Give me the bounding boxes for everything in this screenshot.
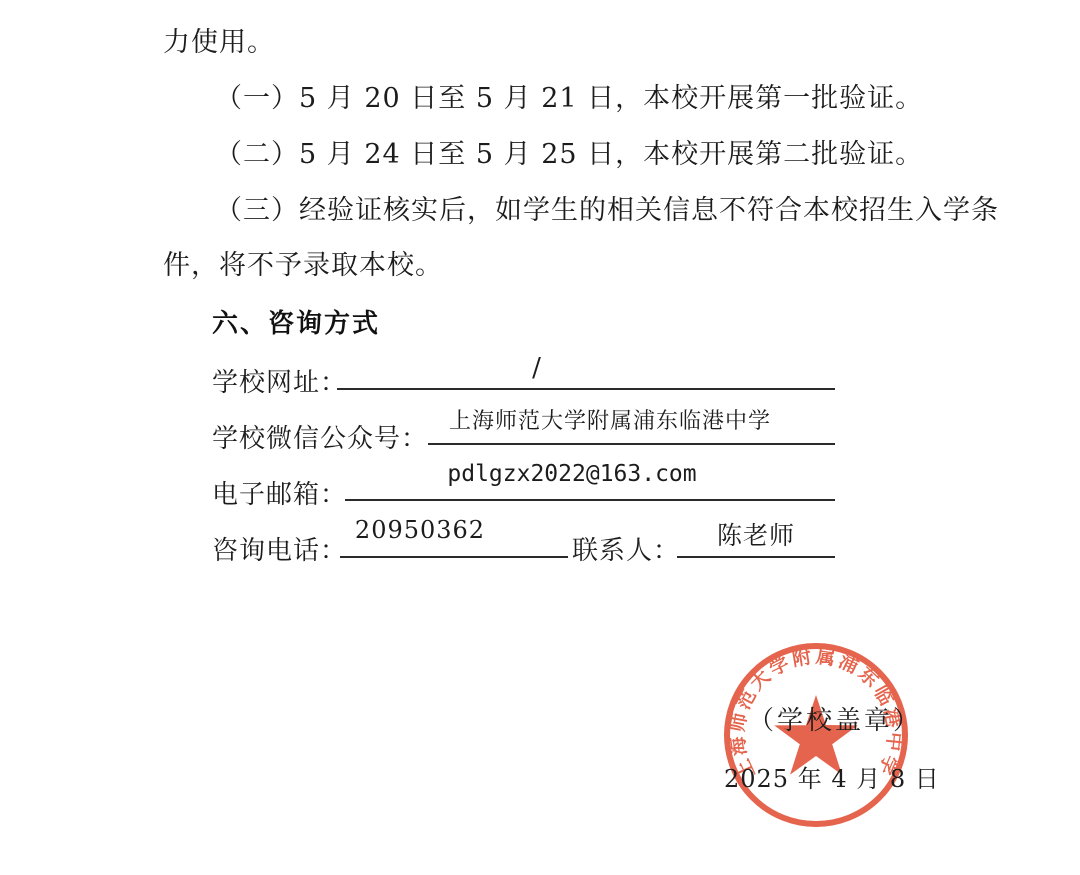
- section-heading: 六、咨询方式: [212, 303, 380, 340]
- email-blank-line: [345, 499, 835, 501]
- person-label: 联系人：: [572, 530, 680, 567]
- paragraph-item-2: （二）5 月 24 日至 5 月 25 日，本校开展第二批验证。: [215, 140, 923, 170]
- phone-label: 咨询电话：: [212, 530, 347, 567]
- wechat-value: 上海师范大学附属浦东临港中学: [400, 404, 820, 435]
- wechat-label: 学校微信公众号：: [212, 418, 428, 455]
- document-date: 2025 年 4 月 8 日: [724, 759, 940, 794]
- document-page: 力使用。 （一）5 月 20 日至 5 月 21 日，本校开展第一批验证。 （二…: [0, 0, 1080, 875]
- email-label: 电子邮箱：: [212, 474, 347, 511]
- paragraph-item-3-l2: 件，将不予录取本校。: [163, 251, 443, 281]
- paragraph-item-1: （一）5 月 20 日至 5 月 21 日，本校开展第一批验证。: [215, 84, 923, 114]
- phone-value: 20950362: [340, 516, 500, 544]
- website-value: /: [337, 353, 737, 383]
- wechat-blank-line: [428, 443, 835, 445]
- person-blank-line: [677, 556, 835, 558]
- paragraph-tail: 力使用。: [163, 28, 275, 58]
- website-blank-line: [337, 388, 835, 390]
- paragraph-item-3-l1: （三）经验证核实后，如学生的相关信息不符合本校招生入学条: [215, 196, 999, 226]
- stamp-note: （学校盖章）: [748, 700, 922, 737]
- email-value: pdlgzx2022@163.com: [360, 461, 784, 487]
- phone-blank-line: [340, 556, 568, 558]
- website-label: 学校网址：: [212, 362, 347, 399]
- person-value: 陈老师: [677, 516, 835, 552]
